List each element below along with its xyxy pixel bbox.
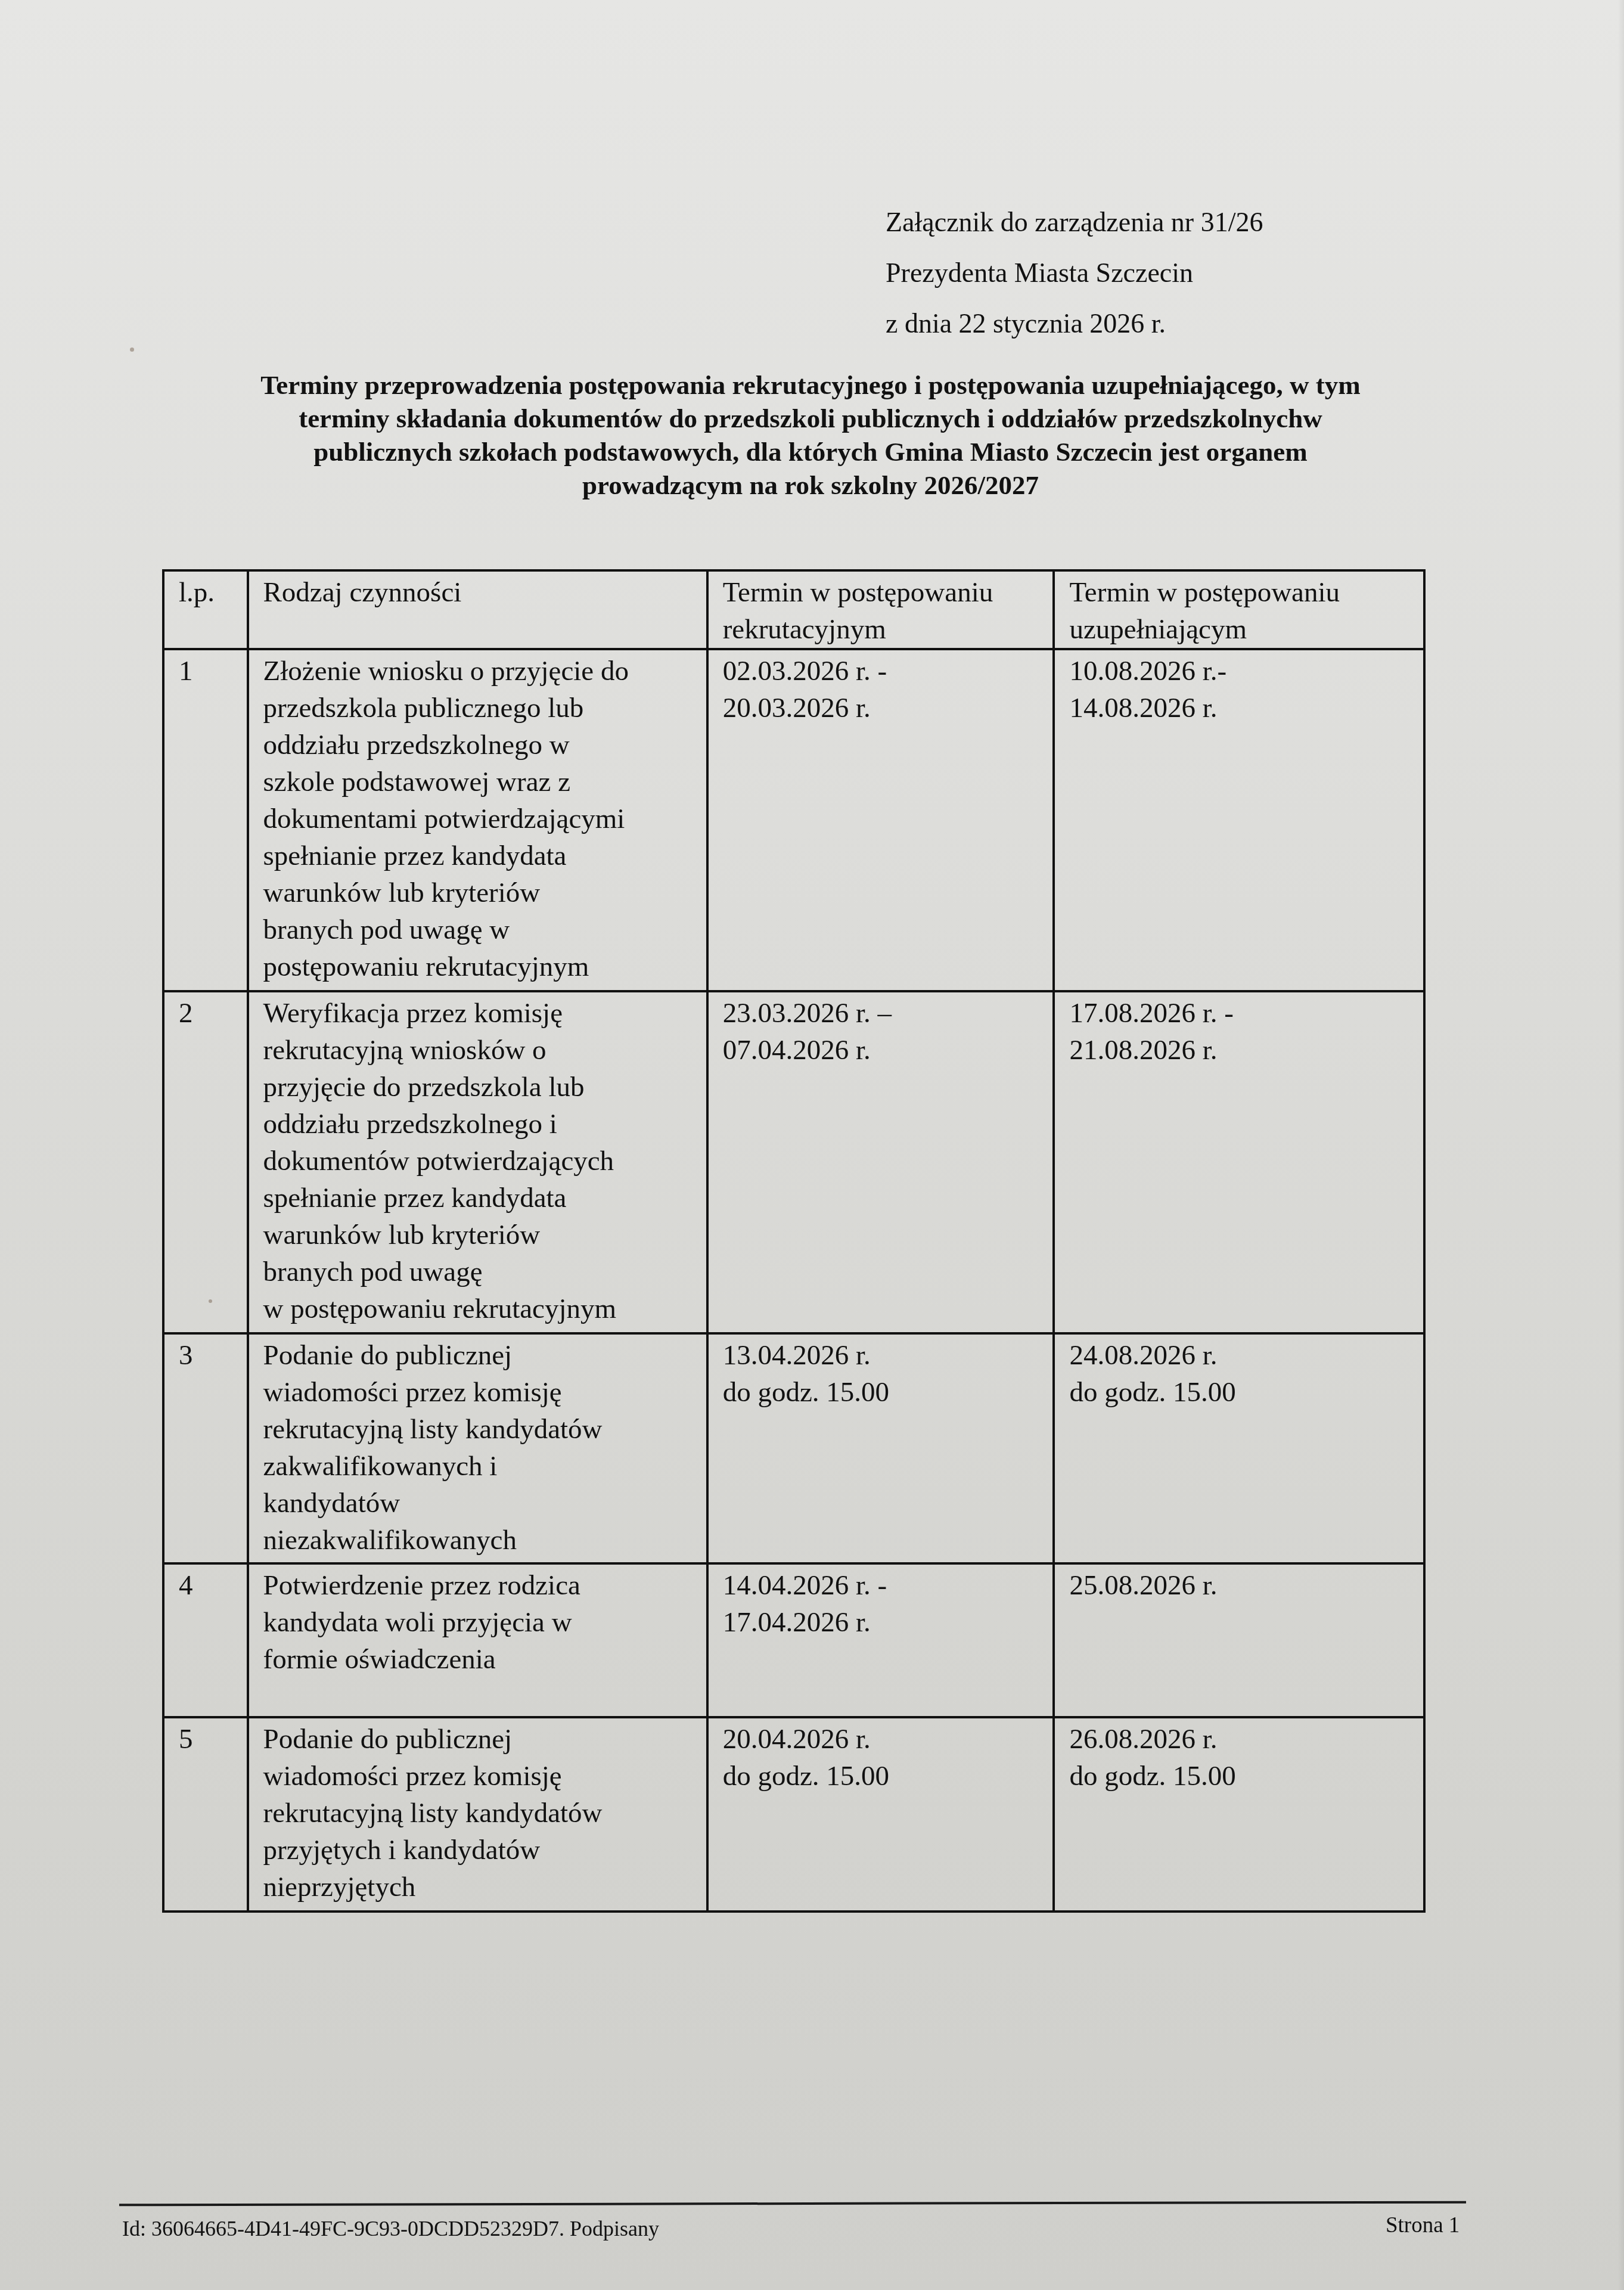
header-lp: l.p. <box>163 570 248 649</box>
paper-edge-shadow <box>1618 0 1624 2290</box>
activity-cell: Weryfikacja przez komisjęrekrutacyjną wn… <box>248 991 707 1333</box>
cell-text-line: 23.03.2026 r. – <box>723 995 1039 1032</box>
cell-text-line: kandydatów <box>263 1485 692 1522</box>
header-text: Termin w postępowaniu <box>723 574 1039 611</box>
supplementary-term-cell: 24.08.2026 r.do godz. 15.00 <box>1054 1333 1424 1563</box>
date-line: z dnia 22 stycznia 2026 r. <box>886 298 1263 349</box>
table-header-row: l.p. Rodzaj czynności Termin w postępowa… <box>163 570 1424 649</box>
cell-text-line: rekrutacyjną wniosków o <box>263 1032 692 1069</box>
table-row: 4Potwierdzenie przez rodzicakandydata wo… <box>163 1563 1424 1717</box>
recruitment-term-cell: 23.03.2026 r. –07.04.2026 r. <box>707 991 1054 1333</box>
cell-text-line: spełnianie przez kandydata <box>263 1180 692 1217</box>
cell-text-line: wiadomości przez komisję <box>263 1758 692 1795</box>
attachment-line: Załącznik do zarządzenia nr 31/26 <box>886 197 1263 247</box>
cell-text-line: warunków lub kryteriów <box>263 874 692 911</box>
table-row: 3Podanie do publicznejwiadomości przez k… <box>163 1333 1424 1563</box>
cell-text-line: 25.08.2026 r. <box>1069 1567 1409 1604</box>
header-activity: Rodzaj czynności <box>248 570 707 649</box>
header-supplementary-term: Termin w postępowaniu uzupełniającym <box>1054 570 1424 649</box>
cell-text-line: postępowaniu rekrutacyjnym <box>263 948 692 985</box>
header-recruitment-term: Termin w postępowaniu rekrutacyjnym <box>707 570 1054 649</box>
cell-text-line: formie oświadczenia <box>263 1641 692 1678</box>
cell-text-line: rekrutacyjną listy kandydatów <box>263 1411 692 1448</box>
cell-text-line: do godz. 15.00 <box>723 1758 1039 1795</box>
attachment-header: Załącznik do zarządzenia nr 31/26 Prezyd… <box>886 197 1263 349</box>
cell-text-line: wiadomości przez komisję <box>263 1374 692 1411</box>
header-text: rekrutacyjnym <box>723 611 1039 648</box>
cell-text-line: do godz. 15.00 <box>1069 1374 1409 1411</box>
cell-text-line: Weryfikacja przez komisję <box>263 995 692 1032</box>
activity-cell: Potwierdzenie przez rodzicakandydata wol… <box>248 1563 707 1717</box>
row-number: 2 <box>163 991 248 1333</box>
title-line: Terminy przeprowadzenia postępowania rek… <box>119 368 1502 402</box>
cell-text-line: 24.08.2026 r. <box>1069 1337 1409 1374</box>
cell-text-line: w postępowaniu rekrutacyjnym <box>263 1290 692 1327</box>
cell-text-line: do godz. 15.00 <box>723 1374 1039 1411</box>
cell-text-line: branych pod uwagę <box>263 1253 692 1290</box>
cell-text-line: 10.08.2026 r.- <box>1069 653 1409 690</box>
cell-text-line: przyjęcie do przedszkola lub <box>263 1069 692 1106</box>
cell-text-line: 17.04.2026 r. <box>723 1604 1039 1641</box>
cell-text-line: 20.03.2026 r. <box>723 690 1039 727</box>
cell-text-line: szkole podstawowej wraz z <box>263 764 692 800</box>
table-row: 1Złożenie wniosku o przyjęcie doprzedszk… <box>163 649 1424 991</box>
title-line: prowadzącym na rok szkolny 2026/2027 <box>119 468 1502 502</box>
row-number: 1 <box>163 649 248 991</box>
cell-text-line: do godz. 15.00 <box>1069 1758 1409 1795</box>
issuer-line: Prezydenta Miasta Szczecin <box>886 247 1263 298</box>
title-line: terminy składania dokumentów do przedszk… <box>119 402 1502 435</box>
paper-speck <box>130 347 134 352</box>
cell-text-line: 26.08.2026 r. <box>1069 1721 1409 1758</box>
cell-text-line: Podanie do publicznej <box>263 1721 692 1758</box>
header-text: uzupełniającym <box>1069 611 1409 648</box>
page-number: Strona 1 <box>1386 2213 1460 2238</box>
paper-speck <box>209 1299 212 1303</box>
cell-text-line: 02.03.2026 r. - <box>723 653 1039 690</box>
supplementary-term-cell: 17.08.2026 r. -21.08.2026 r. <box>1054 991 1424 1333</box>
recruitment-term-cell: 20.04.2026 r.do godz. 15.00 <box>707 1717 1054 1912</box>
recruitment-term-cell: 13.04.2026 r.do godz. 15.00 <box>707 1333 1054 1563</box>
cell-text-line: 21.08.2026 r. <box>1069 1032 1409 1069</box>
row-number: 4 <box>163 1563 248 1717</box>
row-number: 3 <box>163 1333 248 1563</box>
cell-text-line: rekrutacyjną listy kandydatów <box>263 1795 692 1832</box>
cell-text-line: nieprzyjętych <box>263 1869 692 1906</box>
cell-text-line: 17.08.2026 r. - <box>1069 995 1409 1032</box>
cell-text-line: niezakwalifikowanych <box>263 1522 692 1559</box>
row-number: 5 <box>163 1717 248 1912</box>
activity-cell: Złożenie wniosku o przyjęcie doprzedszko… <box>248 649 707 991</box>
table-row: 5Podanie do publicznejwiadomości przez k… <box>163 1717 1424 1912</box>
recruitment-term-cell: 02.03.2026 r. -20.03.2026 r. <box>707 649 1054 991</box>
recruitment-term-cell: 14.04.2026 r. -17.04.2026 r. <box>707 1563 1054 1717</box>
cell-text-line: oddziału przedszkolnego w <box>263 727 692 764</box>
cell-text-line: warunków lub kryteriów <box>263 1217 692 1253</box>
cell-text-line: Złożenie wniosku o przyjęcie do <box>263 653 692 690</box>
footer-divider <box>119 2201 1466 2207</box>
supplementary-term-cell: 10.08.2026 r.-14.08.2026 r. <box>1054 649 1424 991</box>
cell-text-line: przedszkola publicznego lub <box>263 690 692 727</box>
header-text: Termin w postępowaniu <box>1069 574 1409 611</box>
title-line: publicznych szkołach podstawowych, dla k… <box>119 435 1502 468</box>
activity-cell: Podanie do publicznejwiadomości przez ko… <box>248 1333 707 1563</box>
schedule-table: l.p. Rodzaj czynności Termin w postępowa… <box>162 569 1426 1913</box>
cell-text-line: kandydata woli przyjęcia w <box>263 1604 692 1641</box>
cell-text-line: 14.08.2026 r. <box>1069 690 1409 727</box>
document-id: Id: 36064665-4D41-49FC-9C93-0DCDD52329D7… <box>122 2216 659 2241</box>
table-row: 2Weryfikacja przez komisjęrekrutacyjną w… <box>163 991 1424 1333</box>
cell-text-line: spełnianie przez kandydata <box>263 837 692 874</box>
cell-text-line: dokumentów potwierdzających <box>263 1143 692 1180</box>
cell-text-line: branych pod uwagę w <box>263 911 692 948</box>
supplementary-term-cell: 25.08.2026 r. <box>1054 1563 1424 1717</box>
cell-text-line: oddziału przedszkolnego i <box>263 1106 692 1143</box>
activity-cell: Podanie do publicznejwiadomości przez ko… <box>248 1717 707 1912</box>
cell-text-line: 13.04.2026 r. <box>723 1337 1039 1374</box>
cell-text-line: dokumentami potwierdzającymi <box>263 800 692 837</box>
supplementary-term-cell: 26.08.2026 r.do godz. 15.00 <box>1054 1717 1424 1912</box>
cell-text-line: Potwierdzenie przez rodzica <box>263 1567 692 1604</box>
cell-text-line: przyjętych i kandydatów <box>263 1832 692 1869</box>
cell-text-line: 20.04.2026 r. <box>723 1721 1039 1758</box>
cell-text-line: 14.04.2026 r. - <box>723 1567 1039 1604</box>
cell-text-line: Podanie do publicznej <box>263 1337 692 1374</box>
document-title: Terminy przeprowadzenia postępowania rek… <box>119 368 1502 502</box>
cell-text-line: 07.04.2026 r. <box>723 1032 1039 1069</box>
cell-text-line: zakwalifikowanych i <box>263 1448 692 1485</box>
